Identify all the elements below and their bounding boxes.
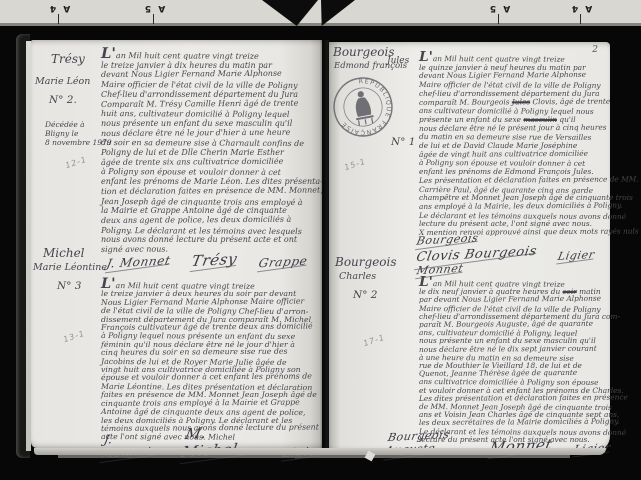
text-segment: comparaît M. Bourgeois (419, 97, 512, 107)
act-name: Bourgeois (335, 255, 397, 269)
text-segment: Poligny. Le déclarant et les témoins ave… (101, 226, 302, 236)
act-line: deux ans agent de police, les deux domic… (101, 214, 320, 225)
act-number: N° 1 (391, 136, 415, 148)
act-line: L'an Mil huit cent quatre vingt treize (101, 280, 320, 292)
act-line: Maire officier de l'état civil de la vil… (419, 81, 605, 91)
text-segment: à Poligny son épouse et vouloir donner à… (101, 167, 281, 177)
text-segment: de l'état civil de la ville de Poligny C… (101, 306, 308, 316)
text-segment: cinq heures du soir en sa demeure sise r… (101, 347, 288, 357)
text-segment: Maire officier de l'état civil de la vil… (419, 80, 601, 90)
text-segment: nous présente un enfant du sexe masculin… (101, 119, 292, 128)
text-segment: nous déclare être né le présent jour à c… (419, 122, 607, 132)
text-segment: L'an Mil huit cent quatre vingt treize (101, 51, 259, 61)
text-segment: L'an Mil huit cent quatre vingt treize (419, 54, 565, 64)
text-segment: du matin en sa demeure sise rue de Versa… (419, 132, 591, 142)
text-segment: Antoine âgé de cinquante deux ans agent … (101, 407, 305, 417)
text-segment: A 5 (143, 3, 165, 13)
act-name: Jules (387, 56, 409, 66)
act-number: N° 2 (353, 289, 377, 301)
text-segment: Chef-lieu d'arrondissement département d… (101, 90, 298, 99)
microfilm-scan: A 4A 5A 5A 4 Trésy Marie Léon N° 2. Décé… (0, 0, 641, 480)
text-segment: ans employé à la Mairie, les deux domici… (419, 201, 623, 211)
text-segment: nous déclare être né le jour d'hier à un… (101, 127, 290, 137)
text-segment: ans cultivateur domicilié à Poligny lequ… (419, 106, 594, 116)
act-line: Marie Léontine. Les dites présentation e… (101, 383, 320, 393)
act-number: N° 3 (57, 280, 81, 292)
page-stack-bottom-edge (34, 448, 606, 455)
text-segment: Carrière Paul, âgé de quarante cinq ans … (419, 185, 593, 195)
text-segment: devant Nous Ligier Fernand Marie Alphons… (419, 70, 586, 80)
act-name: Charles (339, 271, 376, 282)
act-line: ans employé à la Mairie, les deux domici… (419, 202, 605, 212)
text-segment: Comparaît M. Trésy Camille Henri âgé de … (101, 98, 298, 108)
text-segment: Le déclarant et les témoins auxquels nou… (419, 211, 626, 221)
signatures: BourgeoisClovis BourgeoisLigierMonnet (417, 233, 612, 277)
act-name: Bourgeois (333, 45, 395, 59)
text-segment: tion et déclaration faites en présence d… (101, 185, 323, 196)
act-line: à une heure du matin en sa demeure sise (419, 354, 605, 363)
act-line: L'an Mil huit cent quatre vingt treize (419, 278, 605, 289)
text-segment: à une heure du matin en sa demeure sise (419, 353, 574, 363)
signature: Bourgeois (415, 231, 479, 248)
text-segment: de MM. Monnet Jean Joseph âgé de cinquan… (419, 402, 612, 412)
act-line: ans cultivatrice domiciliée à Poligny so… (419, 378, 605, 387)
signature: Ligier (556, 248, 595, 264)
republique-francaise-stamp: RÉPUBLIQUE FRANÇAISE (327, 71, 399, 143)
signatures: J. MonnetTrésyGrappe (107, 251, 307, 270)
act-body: L'an Mil huit cent quatre vingt treizele… (101, 280, 320, 442)
act-line: ans, cultivateur domicilié à Poligny, le… (419, 329, 605, 338)
signature: Grappe (257, 254, 308, 271)
text-segment: nous déclare être né le dix sept janvier… (419, 343, 597, 353)
act-line: du soir en sa demeure sise à Charnault c… (101, 138, 320, 149)
act-line: L'an Mil huit cent quatre vingt treize (419, 53, 605, 65)
text-segment: Clovis, âgé de trente (530, 96, 610, 106)
act-line: Antoine âgé de cinquante deux ans agent … (101, 408, 320, 418)
text-segment: Maire officier de l'état civil de la vil… (101, 80, 298, 90)
act-line: ans cultivateur domicilié à Poligny lequ… (419, 107, 605, 117)
film-strip: A 4A 5A 5A 4 (0, 0, 641, 26)
act-name: Marie Léontine (33, 262, 107, 273)
act-line: de MM. Monnet Jean Joseph âgé de cinquan… (419, 403, 605, 412)
text-segment: L'an Mil huit cent quatre vingt treize (101, 281, 255, 291)
format-markers: A 4A 5A 5A 4 (0, 0, 641, 23)
text-segment: Ligier (556, 248, 595, 263)
text-segment: huit ans, cultivateur domicilié à Polign… (101, 109, 290, 119)
text-segment: Marie Léontine. Les dites présentation e… (101, 382, 312, 392)
struck-word: Jules (512, 97, 530, 106)
text-segment: Poligny de lui et de Dlle Cherin Marie E… (101, 148, 284, 157)
text-segment: ans cultivatrice domiciliée à Poligny so… (419, 377, 599, 387)
format-marker: A 4 (568, 3, 594, 13)
act-line: Jean Joseph âgé de cinquante trois ans e… (101, 197, 320, 208)
act-line: devant Nous Ligier Fernand Marie Alphons… (101, 69, 320, 80)
text-segment: A 4 (48, 3, 70, 13)
text-segment: ans, cultivateur domicilié à Poligny, le… (419, 328, 577, 338)
text-segment: épouse et vouloir donner à cet enfant le… (101, 372, 312, 382)
act-body: L'an Mil huit cent quatre vingt treizele… (419, 278, 605, 444)
act-line: huit ans, cultivateur domicilié à Polign… (101, 109, 320, 120)
signature: J. Monnet (105, 253, 172, 271)
text-segment: L'an Mil huit cent quatre vingt treize (419, 279, 565, 289)
act-body: L'an Mil huit cent quatre vingt treizele… (419, 53, 605, 238)
act-line: à Poligny lequel nous présente un enfant… (101, 332, 320, 342)
text-segment: Bligny le (45, 129, 78, 138)
text-segment: A 5 (488, 3, 510, 13)
text-segment: Bourgeois (415, 231, 479, 247)
act-line: de l'état civil de la ville de Poligny C… (101, 307, 320, 317)
text-segment: Trésy (190, 250, 239, 270)
right-page: 2 Bourgeois Edmond françois Jules RÉPUBL… (329, 42, 610, 452)
seated-figure-icon (352, 90, 375, 126)
format-marker: A 5 (486, 3, 512, 13)
text-segment: Jean Joseph âgé de cinquante trois ans e… (101, 197, 303, 207)
act-line: Poligny. Le déclarant et les témoins ave… (101, 226, 320, 237)
signature: Trésy (190, 250, 239, 271)
act-number: N° 2. (49, 94, 77, 106)
text-segment: deux ans agent de police, les deux domic… (101, 215, 291, 225)
text-segment: cinquante trois ans employé à la Mairie … (101, 397, 300, 407)
act-line: nous déclare être né le jour d'hier à un… (101, 127, 320, 138)
act-line: Le déclarant et les témoins auxquels nou… (419, 212, 605, 222)
act-line: Jacobins de lui et de Royer Marie Julie … (101, 358, 320, 368)
act-line: tion et déclaration faites en présence d… (101, 185, 320, 196)
text-segment: Jacobins de lui et de Royer Marie Julie … (101, 357, 287, 367)
act-line: cinq heures du soir en sa demeure sise r… (101, 348, 320, 358)
act-line: Maire officier de l'état civil de la vil… (101, 80, 320, 91)
act-line: Carrière Paul, âgé de quarante cinq ans … (419, 186, 605, 196)
act-name: Michel (43, 246, 85, 260)
text-segment: A 4 (570, 3, 592, 13)
left-page: Trésy Marie Léon N° 2. Décédée àBligny l… (31, 40, 322, 448)
act-line: Les présentation et déclaration faites e… (419, 176, 605, 186)
pencil-annotation: 15-1 (343, 157, 367, 172)
text-segment: Maire officier de l'état civil de la vil… (419, 304, 601, 314)
text-segment: Les présentation et déclaration faites e… (419, 174, 639, 185)
page-stack-bottom-edge (58, 455, 570, 458)
act-line: L'an Mil huit cent quatre vingt treize (101, 49, 320, 62)
text-segment: Décédée à (45, 120, 85, 129)
text-segment: du soir en sa demeure sise à Charnault c… (101, 138, 304, 148)
act-line: Maire officier de l'état civil de la vil… (419, 305, 605, 314)
act-line: Comparaît M. Trésy Camille Henri âgé de … (101, 98, 320, 109)
act-name: Trésy (51, 52, 85, 66)
act-line: âgée de trente six ans cultivatrice domi… (101, 156, 320, 167)
text-segment: par devant Nous Ligier Fernand Marie Alp… (419, 294, 601, 304)
act-body: L'an Mil huit cent quatre vingt treizele… (101, 49, 320, 255)
act-line: à Poligny son épouse et vouloir donner à… (419, 159, 605, 169)
format-marker: A 4 (46, 3, 72, 13)
text-segment: les deux secrétaires de la Mairie domici… (419, 417, 620, 427)
act-line: à Poligny son épouse et vouloir donner à… (101, 167, 320, 178)
pencil-annotation: 13-1 (62, 329, 86, 344)
format-marker: A 5 (141, 3, 167, 13)
text-segment: Grappe (257, 254, 308, 270)
text-segment: âgée de trente six ans cultivatrice domi… (101, 156, 283, 166)
text-segment: J. Monnet (105, 253, 171, 270)
text-segment: devant Nous Ligier Fernand Marie Alphons… (101, 69, 282, 79)
text-segment: à Poligny lequel nous présente un enfant… (101, 331, 295, 341)
act-line: du matin en sa demeure sise rue de Versa… (419, 133, 605, 143)
act-name: Marie Léon (35, 76, 90, 87)
pencil-annotation: 12-1 (64, 155, 88, 170)
text-segment: à Poligny son épouse et vouloir donner à… (419, 158, 585, 168)
pencil-annotation: 17-1 (362, 333, 386, 348)
